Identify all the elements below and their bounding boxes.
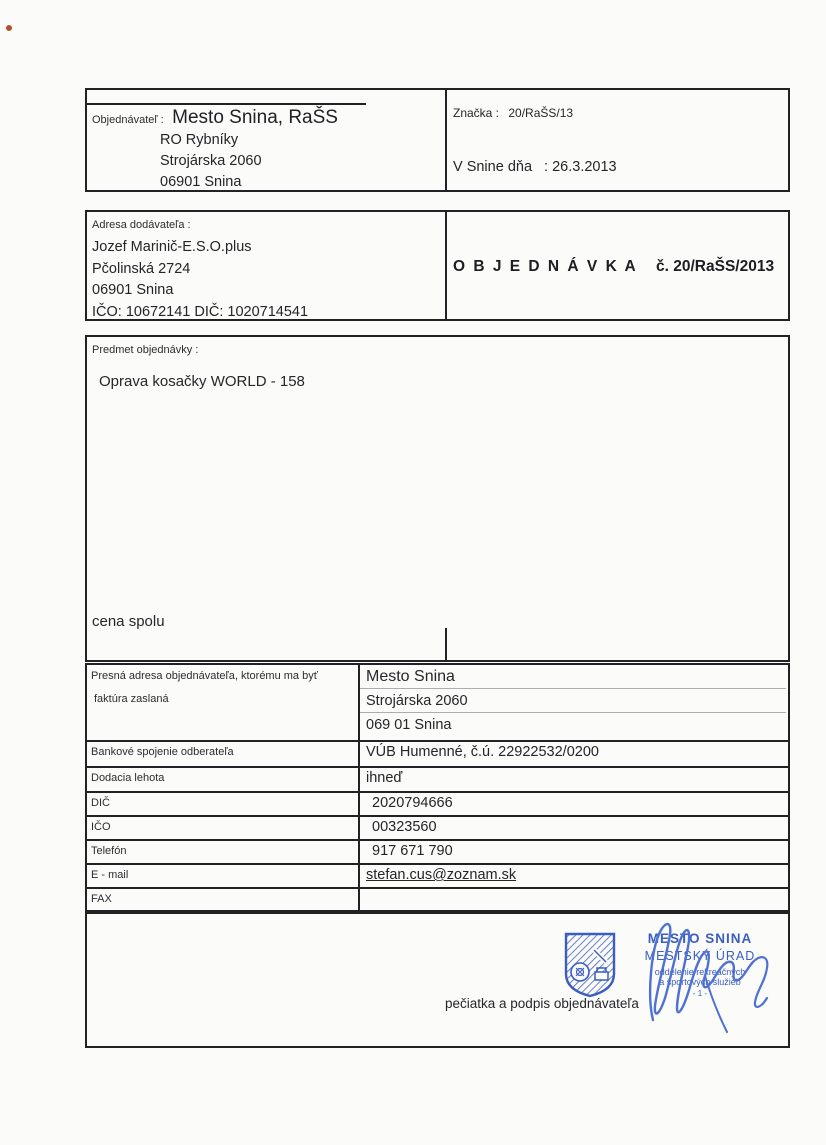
orderer-line: 06901 Snina [160, 172, 262, 193]
invoice-address-line: Mesto Snina [360, 665, 786, 689]
invoice-address-line: 069 01 Snina [360, 713, 786, 733]
row-value: ihneď [366, 770, 402, 786]
orderer-line: RO Rybníky [160, 130, 262, 151]
row-label: Presná adresa objednávateľa, ktorému ma … [87, 665, 358, 682]
scan-artifact-dot [6, 25, 12, 31]
column-divider [445, 212, 447, 319]
reference-value: 20/RaŠS/13 [508, 106, 573, 120]
row-label: Dodacia lehota [91, 772, 164, 784]
subject-section: Predmet objednávky : Oprava kosačky WORL… [85, 335, 790, 662]
orderer-label: Objednávateľ : [92, 114, 164, 126]
email-value: stefan.cus@zoznam.sk [366, 867, 516, 883]
row-value: 917 671 790 [372, 843, 453, 859]
row-label: E - mail [91, 869, 128, 881]
row-value: 00323560 [372, 819, 437, 835]
date-value: : 26.3.2013 [544, 159, 617, 175]
supplier-line: Pčolinská 2724 [92, 259, 308, 281]
row-label: Telefón [91, 845, 126, 857]
supplier-line: Jozef Marinič-E.S.O.plus [92, 237, 308, 259]
date-label: V Snine dňa [453, 159, 532, 175]
supplier-line: IČO: 10672141 DIČ: 1020714541 [92, 302, 308, 324]
order-title: O B J E D N Á V K A [453, 258, 638, 275]
row-label: Bankové spojenie odberateľa [91, 746, 234, 758]
supplier-label: Adresa dodávateľa : [92, 219, 191, 231]
table-cell: Mesto Snina Strojárska 2060 069 01 Snina [360, 665, 786, 740]
invoice-address-line: Strojárska 2060 [360, 689, 786, 713]
row-label-line2: faktúra zaslaná [87, 682, 358, 705]
column-divider [445, 90, 447, 190]
scanned-order-document: Objednávateľ : Mesto Snina, RaŠS RO Rybn… [0, 0, 826, 1145]
orderer-name: Mesto Snina, RaŠS [172, 107, 338, 128]
row-label: IČO [91, 821, 111, 833]
handwritten-signature [607, 910, 797, 1036]
subject-value: Oprava kosačky WORLD - 158 [99, 373, 305, 390]
row-value: 2020794666 [372, 795, 453, 811]
subject-label: Predmet objednávky : [92, 344, 198, 356]
orderer-line: Strojárska 2060 [160, 151, 262, 172]
row-value: VÚB Humenné, č.ú. 22922532/0200 [366, 744, 599, 760]
signature-caption: pečiatka a podpis objednávateľa [445, 996, 639, 1011]
order-number: č. 20/RaŠS/2013 [656, 258, 774, 275]
reference-label: Značka : [453, 106, 499, 120]
table-row: Presná adresa objednávateľa, ktorému ma … [87, 665, 358, 740]
inner-rule [86, 103, 366, 105]
row-label: DIČ [91, 797, 110, 809]
signature-section: MESTO SNINA MESTSKÝ ÚRAD oddelenie rekre… [85, 912, 790, 1048]
orderer-section: Objednávateľ : Mesto Snina, RaŠS RO Rybn… [85, 88, 790, 192]
total-price-divider [445, 628, 447, 660]
details-table: Presná adresa objednávateľa, ktorému ma … [85, 663, 790, 912]
row-label: FAX [91, 893, 112, 905]
supplier-section: Adresa dodávateľa : Jozef Marinič-E.S.O.… [85, 210, 790, 321]
total-price-label: cena spolu [92, 613, 165, 630]
supplier-line: 06901 Snina [92, 280, 308, 302]
